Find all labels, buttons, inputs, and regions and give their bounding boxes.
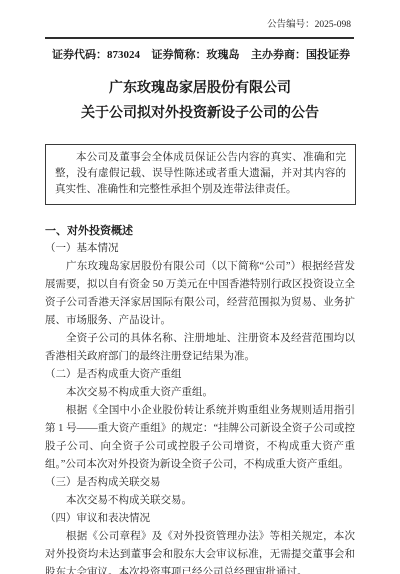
company-name-title: 广东玫瑰岛家居股份有限公司 (0, 81, 400, 97)
subsection-heading-1: （一）基本情况 (45, 240, 355, 258)
subsection-heading-4: （四）审议和表决情况 (45, 510, 355, 528)
paragraph-basic-situation-1: 广东玫瑰岛家居股份有限公司（以下简称“公司”）根据经营发展需要，拟以自有资金 5… (45, 258, 355, 330)
stock-short-name: 证券简称：玫瑰岛 (152, 48, 240, 62)
subsection-heading-3: （三）是否构成关联交易 (45, 474, 355, 492)
board-statement-box: 本公司及董事会全体成员保证公告内容的真实、准确和完整，没有虚假记载、误导性陈述或… (45, 144, 356, 205)
securities-info-row: 证券代码：873024 证券简称：玫瑰岛 主办券商：国投证券 (52, 48, 350, 62)
announcement-subject-title: 关于公司拟对外投资新设子公司的公告 (0, 106, 400, 122)
paragraph-related-transaction: 本次交易不构成关联交易。 (45, 492, 355, 510)
paragraph-basic-situation-2: 全资子公司的具体名称、注册地址、注册资本及经营范围均以香港相关政府部门的最终注册… (45, 330, 355, 366)
paragraph-major-restructuring-1: 本次交易不构成重大资产重组。 (45, 384, 355, 402)
announcement-document-page: 公告编号：2025-098 证券代码：873024 证券简称：玫瑰岛 主办券商：… (0, 0, 400, 574)
paragraph-major-restructuring-2: 根据《全国中小企业股份转让系统并购重组业务规则适用指引第 1 号——重大资产重组… (45, 402, 355, 474)
paragraph-review-and-voting: 根据《公司章程》及《对外投资管理办法》等相关规定，本次对外投资均未达到董事会和股… (45, 528, 355, 574)
sponsor-broker: 主办券商：国投证券 (251, 48, 350, 62)
subsection-heading-2: （二）是否构成重大资产重组 (45, 366, 355, 384)
header-divider-line (45, 37, 354, 39)
stock-code: 证券代码：873024 (52, 48, 140, 62)
section-1-heading: 一、对外投资概述 (45, 222, 355, 240)
document-body: 一、对外投资概述 （一）基本情况 广东玫瑰岛家居股份有限公司（以下简称“公司”）… (45, 222, 355, 574)
announcement-number: 公告编号：2025-098 (0, 0, 400, 31)
